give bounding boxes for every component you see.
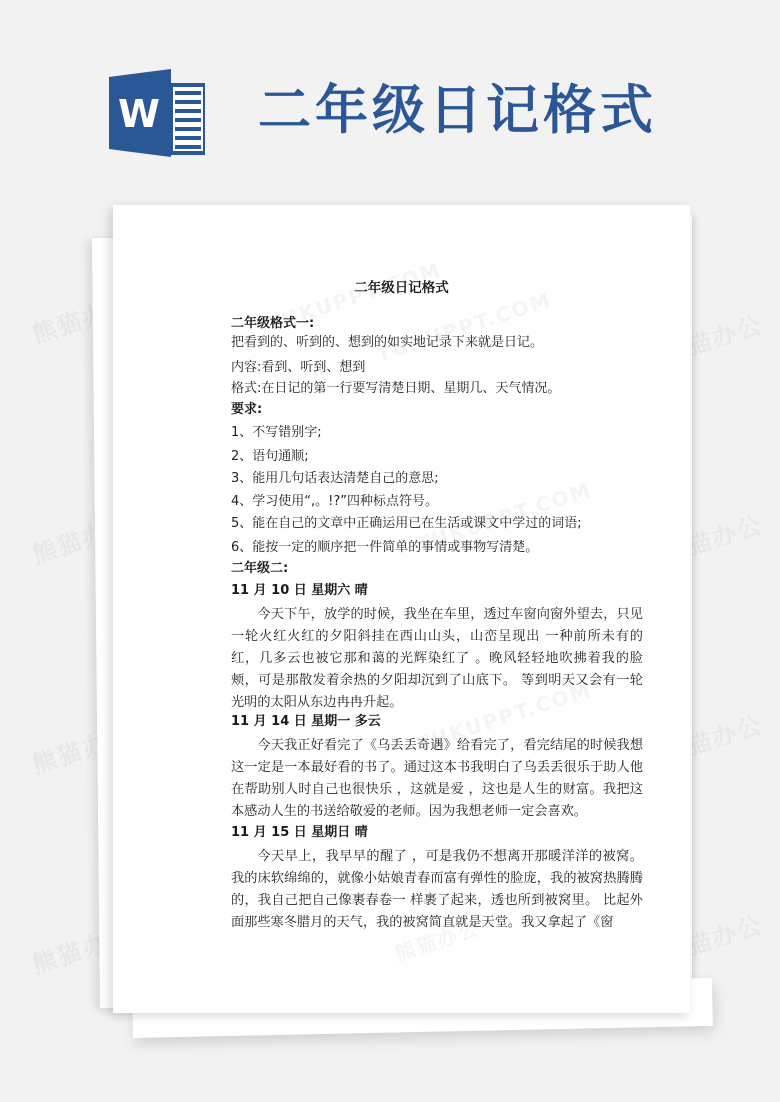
requirement-item: 1、不写错别字; [231,424,322,442]
entry-text: 今天下午，放学的时候，我坐在车里，透过车窗向窗外望去，只见一轮火红火红的夕阳斜挂… [231,604,643,714]
section1-heading: 二年级格式一: [231,315,314,333]
document-content: 二年级日记格式 二年级格式一: 把看到的、听到的、想到的如实地记录下来就是日记。… [113,205,690,1013]
svg-text:W: W [118,92,160,136]
definition-text: 把看到的、听到的、想到的如实地记录下来就是日记。 [231,334,543,352]
requirement-item: 4、学习使用“,。!?”四种标点符号。 [231,493,438,511]
header-banner: W 二年级日记格式 [0,0,780,200]
requirement-item: 5、能在自己的文章中正确运用已在生活或课文中学过的词语; [231,515,582,533]
requirement-item: 3、能用几句话表达清楚自己的意思; [231,470,439,488]
watermark: TUKUPPT.COM [374,287,555,366]
entry-text: 今天早上，我早早的醒了 ，可是我仍不想离开那暖洋洋的被窝。我的床软绵绵的，就像小… [231,846,643,934]
section2-heading: 二年级二: [231,560,288,578]
entry-text: 今天我正好看完了《乌丢丢奇遇》给看完了，看完结尾的时候我想这一定是一本最好看的书… [231,735,643,823]
banner-title: 二年级日记格式 [258,78,657,142]
format-text: 格式:在日记的第一行要写清楚日期、星期几、天气情况。 [231,380,560,398]
requirement-item: 6、能按一定的顺序把一件简单的事情或事物写清楚。 [231,539,538,557]
requirements-heading: 要求: [231,401,262,419]
requirement-item: 2、语句通顺; [231,448,309,466]
entry-date: 11 月 15 日 星期日 晴 [231,824,368,842]
document-title: 二年级日记格式 [113,276,690,296]
entry-date: 11 月 14 日 星期一 多云 [231,713,381,731]
entry-date: 11 月 10 日 星期六 晴 [231,582,368,600]
content-text: 内容:看到、听到、想到 [231,359,365,377]
word-icon: W [109,69,207,157]
